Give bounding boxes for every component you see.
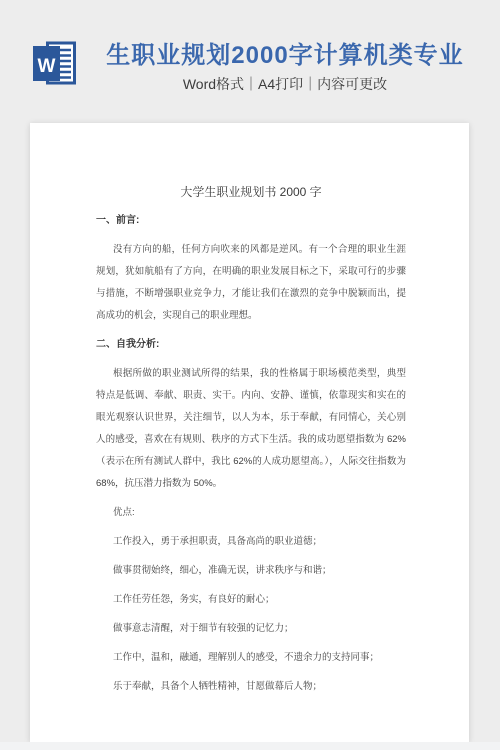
doc-heading-preface: 一、前言:: [96, 210, 406, 232]
doc-list-item: 工作投入，勇于承担职责，具备高尚的职业道德；: [96, 531, 406, 553]
doc-paragraph: 根据所做的职业测试所得的结果，我的性格属于职场模范类型，典型特点是低调、奉献、职…: [96, 363, 406, 495]
document-page: 大学生职业规划书 2000 字 一、前言: 没有方向的船，任何方向吹来的风都是逆…: [30, 123, 469, 742]
footer-strip: [0, 742, 500, 750]
word-icon-letter: W: [38, 56, 56, 77]
doc-list-item: 做事意志清醒，对于细节有较强的记忆力；: [96, 618, 406, 640]
doc-heading-self-analysis: 二、自我分析:: [96, 334, 406, 356]
doc-preview-screen: W 生职业规划2000字计算机类专业 Word格式｜A4打印｜内容可更改 大学生…: [0, 0, 500, 750]
doc-list-item: 乐于奉献，具备个人牺牲精神，甘愿做幕后人物；: [96, 676, 406, 698]
doc-list-item: 工作中，温和，融通，理解别人的感受，不遗余力的支持同事；: [96, 647, 406, 669]
doc-subheading-advantages: 优点:: [96, 502, 406, 524]
document-format-subtitle: Word格式｜A4打印｜内容可更改: [80, 74, 490, 94]
header-text-block: 生职业规划2000字计算机类专业 Word格式｜A4打印｜内容可更改: [80, 40, 490, 94]
document-title-link[interactable]: 生职业规划2000字计算机类专业: [80, 40, 490, 72]
doc-list-item: 工作任劳任怨，务实，有良好的耐心；: [96, 589, 406, 611]
doc-list-item: 做事贯彻始终，细心，准确无误，讲求秩序与和谐；: [96, 560, 406, 582]
preview-header: W 生职业规划2000字计算机类专业 Word格式｜A4打印｜内容可更改: [0, 0, 500, 123]
doc-title: 大学生职业规划书 2000 字: [96, 181, 406, 203]
ms-word-icon: W: [30, 41, 78, 87]
doc-paragraph: 没有方向的船，任何方向吹来的风都是逆风。有一个合理的职业生涯规划，犹如航船有了方…: [96, 239, 406, 327]
